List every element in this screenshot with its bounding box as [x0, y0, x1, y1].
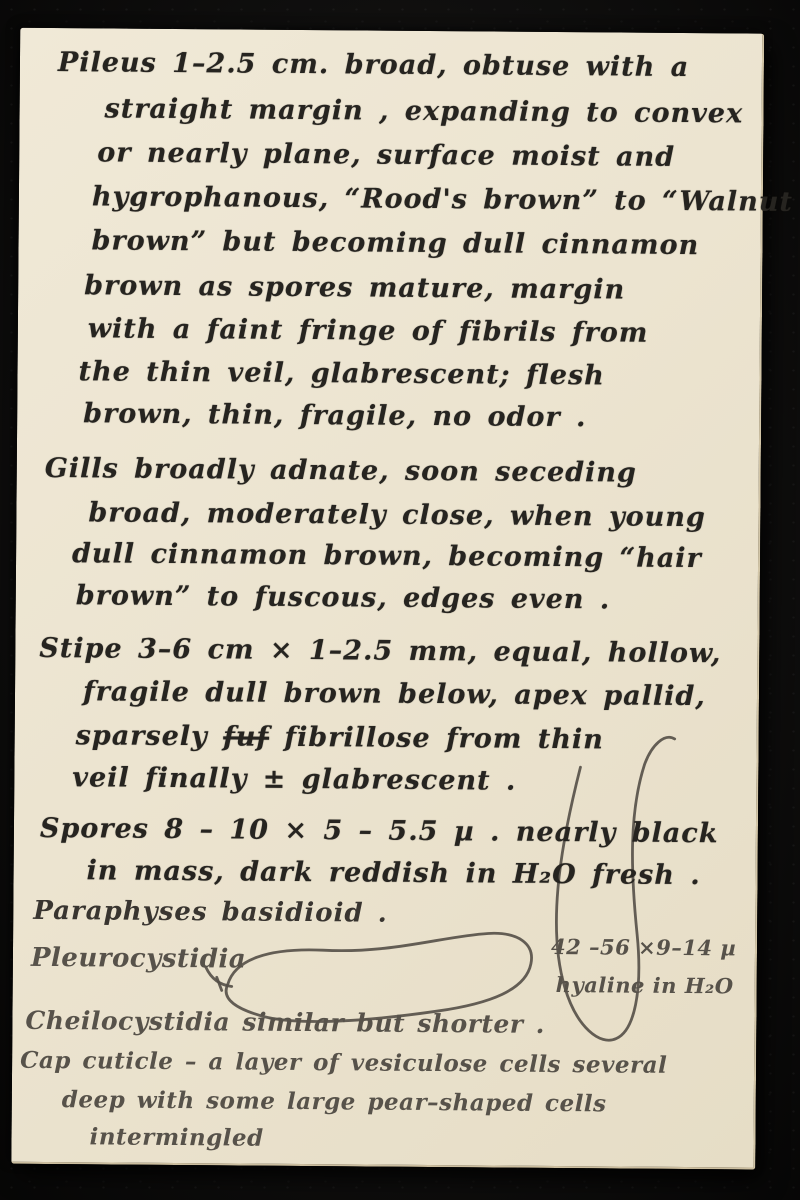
cap-cuticle-line: deep with some large pear–shaped cells: [62, 1087, 607, 1117]
cap-cuticle-line: intermingled: [89, 1124, 263, 1151]
stipe-text-pre: sparsely: [76, 720, 224, 752]
gills-line: dull cinnamon brown, becoming “hair: [72, 539, 702, 574]
pleurocystidia-measurement: 42 –56 ×9–14 µ: [551, 935, 736, 960]
pleurocystidia-solution-note: hyaline in H₂O: [556, 973, 734, 997]
label-tick-stroke: [217, 977, 222, 990]
photo-scene: Pileus 1–2.5 cm. broad, obtuse with a st…: [0, 0, 800, 1200]
pileus-line: brown” but becoming dull cinnamon: [91, 226, 699, 260]
pileus-line: the thin veil, glabrescent; flesh: [78, 357, 605, 391]
gills-line: brown” to fuscous, edges even .: [76, 581, 611, 615]
paraphyses-line: Paraphyses basidioid .: [33, 897, 388, 928]
stipe-line: veil finally ± glabrescent .: [72, 763, 516, 796]
pileus-line: brown as spores mature, margin: [84, 271, 625, 305]
pleurocystidia-label: Pleurocystidia: [31, 944, 246, 974]
crossed-out-word: fuf: [223, 721, 269, 752]
gills-line: broad, moderately close, when young: [88, 498, 706, 533]
cap-cuticle-line: Cap cuticle – a layer of vesiculose cell…: [20, 1048, 667, 1078]
cheilocystidia-line: Cheilocystidia similar but shorter .: [25, 1007, 545, 1039]
spores-line: in mass, dark reddish in H₂O fresh .: [86, 856, 700, 891]
pileus-line: or nearly plane, surface moist and: [97, 138, 675, 172]
pileus-line: straight margin , expanding to convex: [104, 94, 743, 129]
pileus-line: brown, thin, fragile, no odor .: [83, 399, 586, 433]
pileus-line: with a faint fringe of fibrils from: [88, 314, 649, 348]
gills-line: Gills broadly adnate, soon seceding: [45, 454, 637, 488]
pileus-line: hygrophanous, “Rood's brown” to “Walnut: [92, 182, 793, 217]
pileus-line: Pileus 1–2.5 cm. broad, obtuse with a: [58, 48, 689, 83]
stipe-line-with-correction: sparsely fuf fibrillose from thin: [76, 721, 604, 755]
notecard: Pileus 1–2.5 cm. broad, obtuse with a st…: [11, 28, 764, 1170]
spores-line: Spores 8 – 10 × 5 – 5.5 µ . nearly black: [40, 814, 719, 849]
stipe-text-post: fibrillose from thin: [269, 722, 604, 756]
stipe-line: Stipe 3–6 cm × 1–2.5 mm, equal, hollow,: [39, 634, 721, 669]
stipe-line: fragile dull brown below, apex pallid,: [83, 677, 706, 712]
